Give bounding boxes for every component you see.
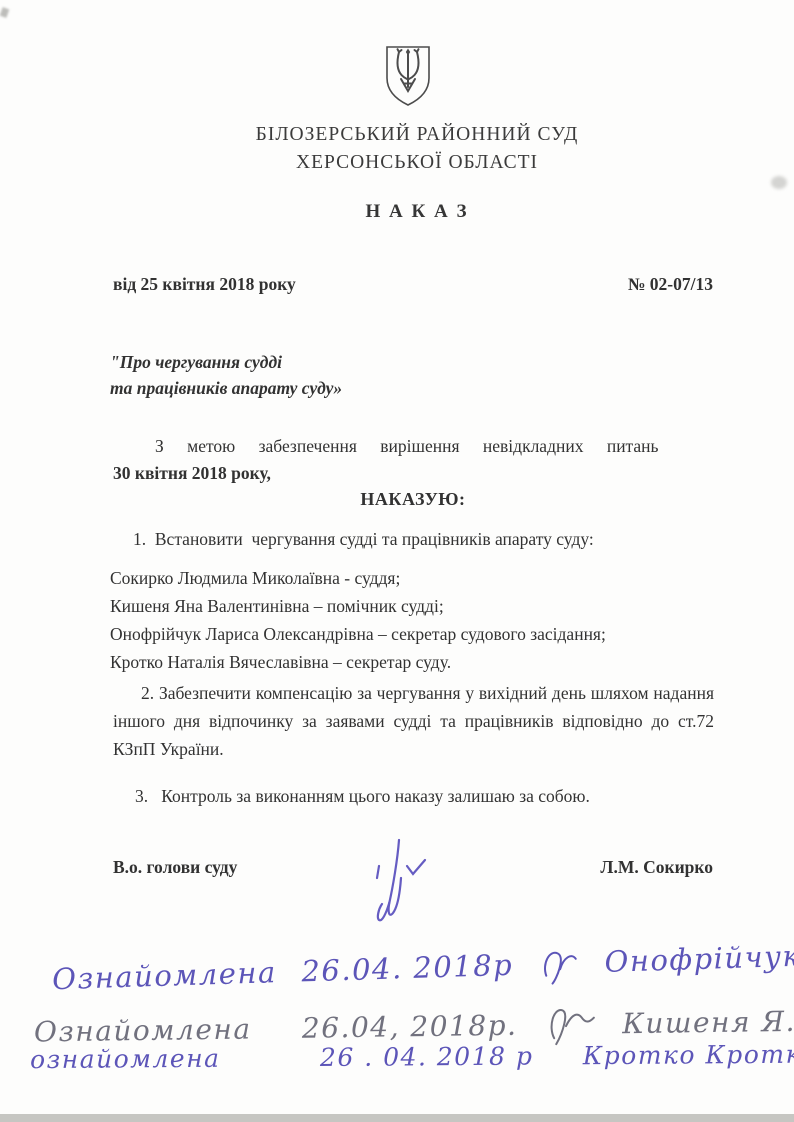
court-name: БІЛОЗЕРСЬКИЙ РАЙОННИЙ СУД ХЕРСОНСЬКОЇ ОБ… [97, 121, 737, 177]
signer-position: В.о. голови суду [113, 857, 237, 878]
subject-line2: та працівників апарату суду» [110, 375, 342, 401]
court-name-line2: ХЕРСОНСЬКОЇ ОБЛАСТІ [97, 149, 737, 177]
hw-ack-text: Ознайомлена [52, 955, 278, 996]
hw-name: Кишеня Я.В [622, 1005, 794, 1041]
order-date: від 25 квітня 2018 року [113, 274, 296, 295]
hw-date: 26 . 04. 2018 р [320, 1042, 534, 1072]
intro-paragraph: З метою забезпечення вирішення невідклад… [113, 433, 713, 487]
order-item-3: 3. Контроль за виконанням цього наказу з… [113, 786, 733, 807]
scan-smudge [771, 176, 787, 189]
subject-line1: "Про чергування судді [110, 349, 342, 375]
signer-name: Л.М. Сокирко [600, 857, 713, 878]
handwritten-signature-icon [362, 834, 432, 929]
staff-row: Кишеня Яна Валентинівна – помічник судді… [110, 592, 750, 620]
ukraine-coat-of-arms-icon [384, 46, 432, 106]
intro-line2: 30 квітня 2018 року, [113, 460, 713, 487]
staff-row: Онофрійчук Лариса Олександрівна – секрет… [110, 620, 750, 648]
document-type-title: Н А К А З [97, 201, 737, 223]
meta-row: від 25 квітня 2018 року № 02-07/13 [113, 274, 713, 295]
signature-flourish-icon [542, 1004, 599, 1047]
staff-row: Кротко Наталія Вячеславівна – секретар с… [110, 648, 750, 676]
order-heading: НАКАЗУЮ: [113, 489, 713, 510]
hw-name: Кротко Кротко Н. В . [583, 1039, 794, 1070]
order-number: № 02-07/13 [628, 274, 713, 295]
scan-corner-mark [0, 7, 9, 18]
signature-flourish-icon [537, 945, 580, 986]
staff-row: Сокирко Людмила Миколаївна - суддя; [110, 564, 750, 592]
hw-date: 26.04. 2018р [301, 948, 514, 989]
scan-edge-band [0, 1114, 794, 1122]
hw-name: Онофрійчук Л.О . [604, 936, 794, 979]
hw-date: 26.04, 2018р. [302, 1009, 518, 1045]
staff-list: Сокирко Людмила Миколаївна - суддя; Кише… [110, 564, 750, 676]
handwritten-note-3: ознайомлена 26 . 04. 2018 р Кротко Кротк… [30, 1039, 794, 1074]
order-subject: "Про чергування судді та працівників апа… [110, 349, 342, 401]
order-item-2: 2. Забезпечити компенсацію за чергування… [113, 679, 714, 763]
court-name-line1: БІЛОЗЕРСЬКИЙ РАЙОННИЙ СУД [97, 121, 737, 149]
hw-ack-text: ознайомлена [30, 1044, 221, 1074]
order-item-1: 1. Встановити чергування судді та праців… [113, 529, 733, 550]
handwritten-note-1: Ознайомлена 26.04. 2018р Онофрійчук Л.О … [52, 935, 794, 1001]
scanned-document-page: БІЛОЗЕРСЬКИЙ РАЙОННИЙ СУД ХЕРСОНСЬКОЇ ОБ… [0, 0, 794, 1122]
intro-line1: З метою забезпечення вирішення невідклад… [113, 433, 713, 460]
